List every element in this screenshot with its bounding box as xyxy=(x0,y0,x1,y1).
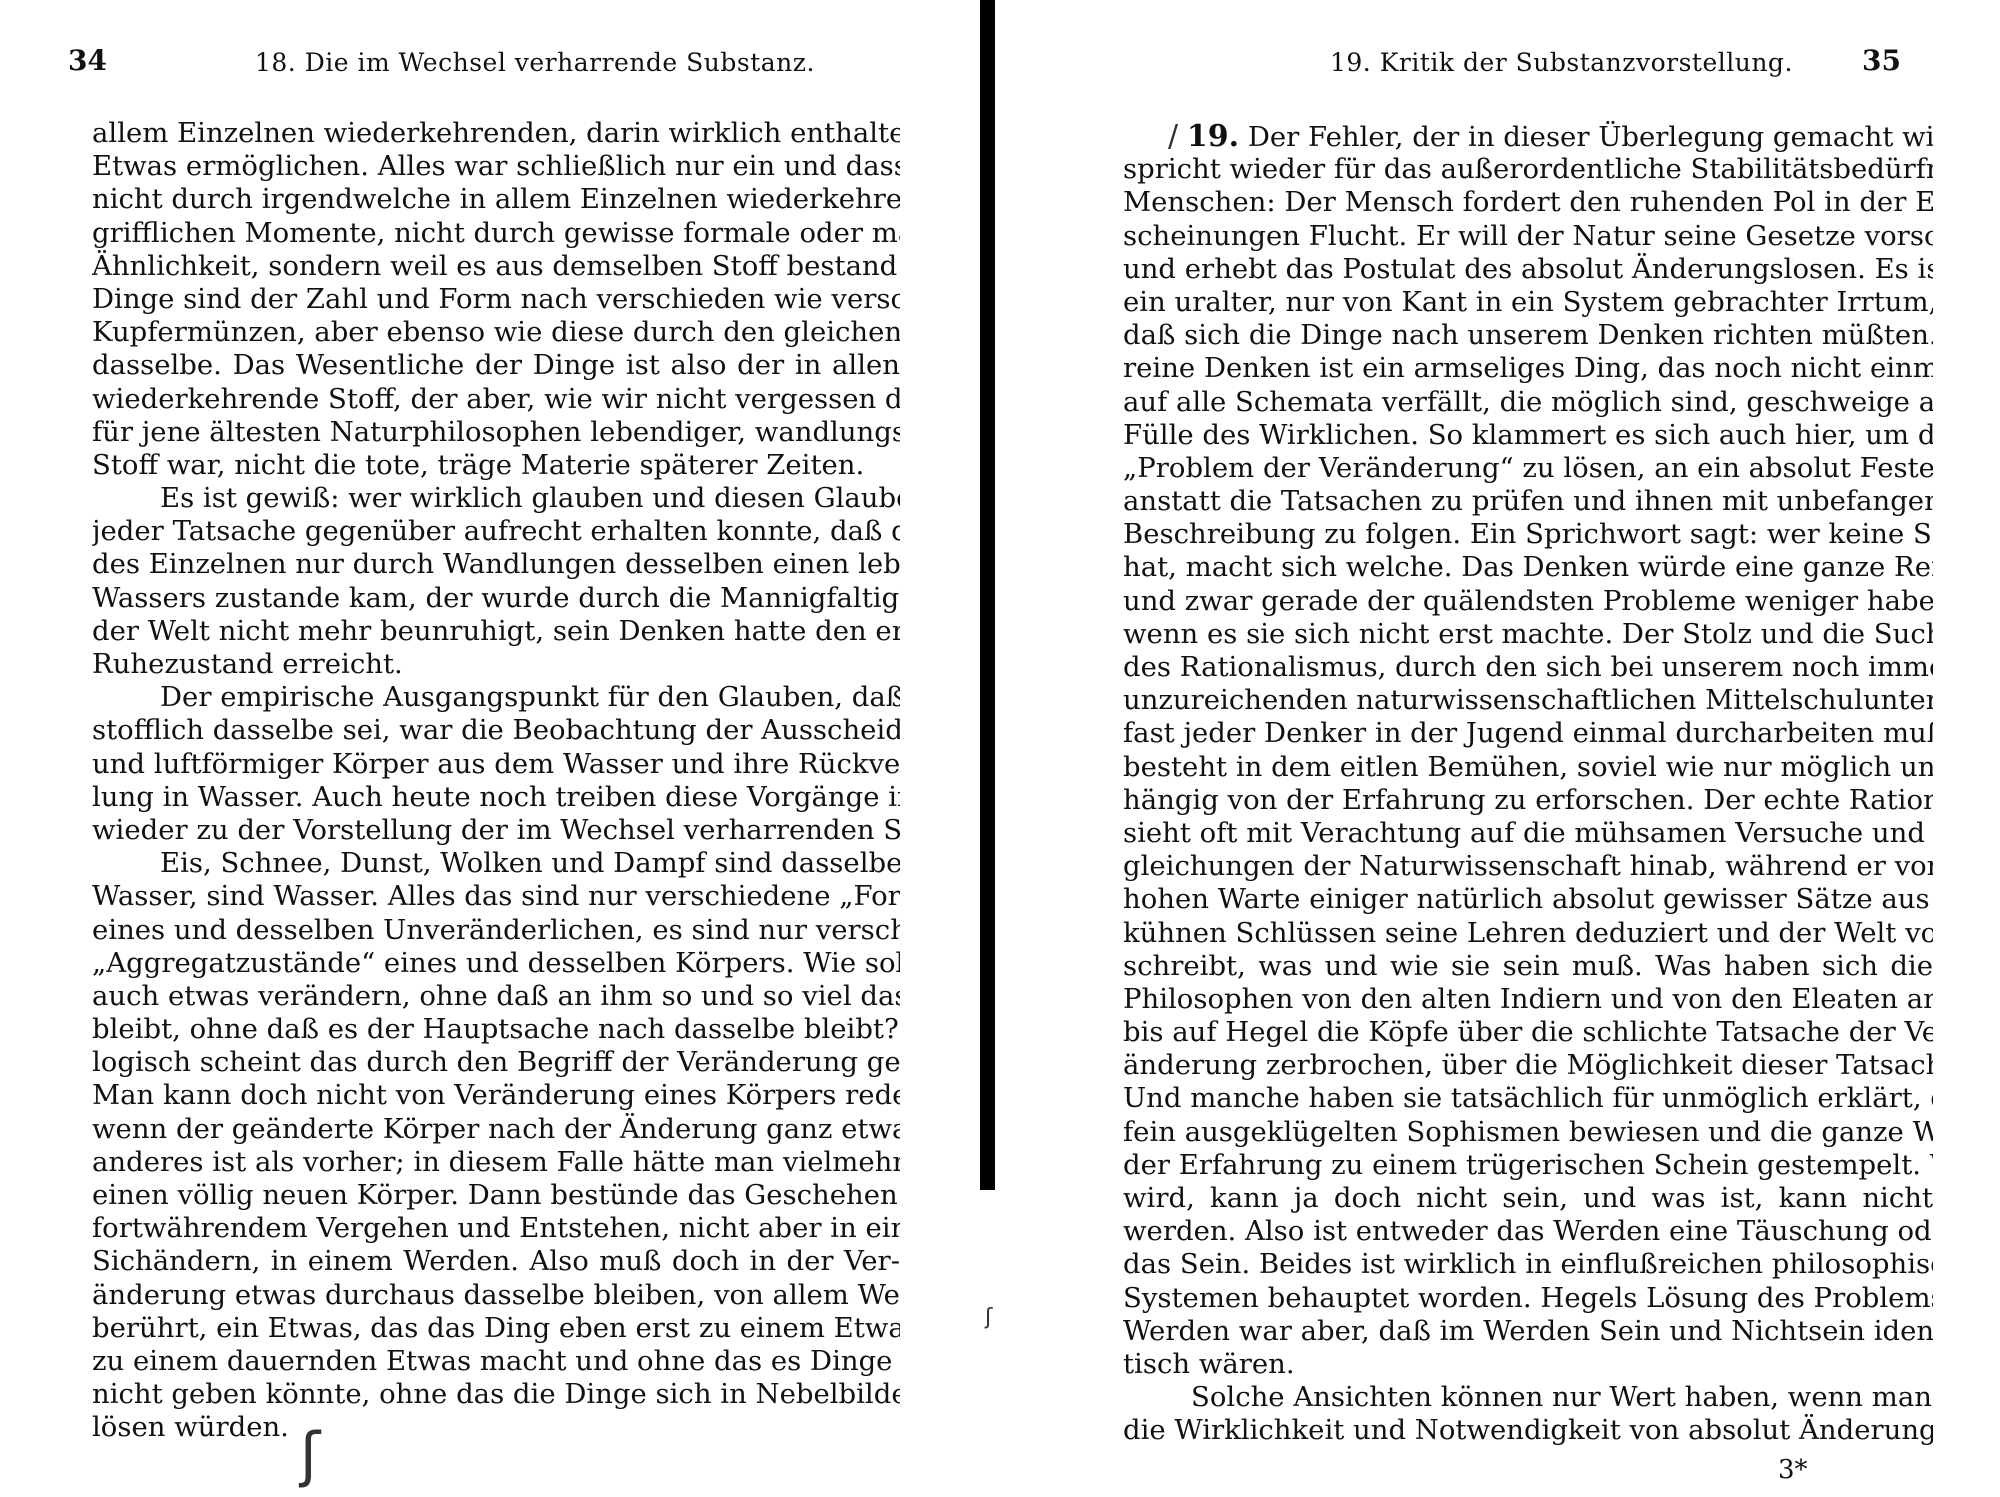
text-line: zu einem dauernden Etwas macht und ohne … xyxy=(92,1345,900,1378)
text-line: stofflich dasselbe sei, war die Beobacht… xyxy=(92,714,900,747)
running-head: 19. Kritik der Substanzvorstellung. xyxy=(1330,48,1793,77)
text-line: Wassers zustande kam, der wurde durch di… xyxy=(92,582,900,615)
text-line: Sichändern, in einem Werden. Also muß do… xyxy=(92,1245,900,1278)
text-line: lung in Wasser. Auch heute noch treiben … xyxy=(92,781,900,814)
page-number: 34 xyxy=(68,44,107,77)
text-line: werden. Also ist entweder das Werden ein… xyxy=(1123,1215,1933,1248)
text-line: allem Einzelnen wiederkehrenden, darin w… xyxy=(92,117,900,150)
text-line: auch etwas verändern, ohne daß an ihm so… xyxy=(92,980,900,1013)
right-page: 19. Kritik der Substanzvorstellung. 35 /… xyxy=(1000,0,2000,1497)
text-line: daß sich die Dinge nach unserem Denken r… xyxy=(1123,319,1933,352)
text-line: gleichungen der Naturwissenschaft hinab,… xyxy=(1123,850,1933,883)
text-line: bleibt, ohne daß es der Hauptsache nach … xyxy=(92,1013,900,1046)
text-line: wieder zu der Vorstellung der im Wechsel… xyxy=(92,814,900,847)
text-line: nicht geben könnte, ohne das die Dinge s… xyxy=(92,1378,900,1411)
text-line: wiederkehrende Stoff, der aber, wie wir … xyxy=(92,383,900,416)
text-line: Systemen behauptet worden. Hegels Lösung… xyxy=(1123,1282,1933,1315)
text-line: Und manche haben sie tatsächlich für unm… xyxy=(1123,1082,1933,1115)
text-line: eines und desselben Unveränderlichen, es… xyxy=(92,914,900,947)
running-head: 18. Die im Wechsel verharrende Substanz. xyxy=(255,48,815,77)
text-line: des Rationalismus, durch den sich bei un… xyxy=(1123,651,1933,684)
text-line: einen völlig neuen Körper. Dann bestünde… xyxy=(92,1179,900,1212)
text-line: auf alle Schemata verfällt, die möglich … xyxy=(1123,386,1933,419)
text-line: Wasser, sind Wasser. Alles das sind nur … xyxy=(92,880,900,913)
text-line: kühnen Schlüssen seine Lehren deduziert … xyxy=(1123,917,1933,950)
text-line: grifflichen Momente, nicht durch gewisse… xyxy=(92,217,900,250)
text-line: „Problem der Veränderung“ zu lösen, an e… xyxy=(1123,452,1933,485)
text-line: Werden war aber, daß im Werden Sein und … xyxy=(1123,1315,1933,1348)
text-line: und erhebt das Postulat des absolut Ände… xyxy=(1123,253,1933,286)
text-line: wenn es sie sich nicht erst machte. Der … xyxy=(1123,618,1933,651)
text-line: fast jeder Denker in der Jugend einmal d… xyxy=(1123,717,1933,750)
text-line: reine Denken ist ein armseliges Ding, da… xyxy=(1123,352,1933,385)
text-line: bis auf Hegel die Köpfe über die schlich… xyxy=(1123,1016,1933,1049)
text-line: Beschreibung zu folgen. Ein Sprichwort s… xyxy=(1123,518,1933,551)
signature-mark: 3* xyxy=(1778,1455,1808,1485)
text-line: fein ausgeklügelten Sophismen bewiesen u… xyxy=(1123,1116,1933,1149)
text-line: die Wirklichkeit und Notwendigkeit von a… xyxy=(1123,1414,1933,1447)
pencil-mark: ʃ xyxy=(985,1305,992,1330)
text-line: dasselbe. Das Wesentliche der Dinge ist … xyxy=(92,349,900,382)
text-line: und luftförmiger Körper aus dem Wasser u… xyxy=(92,748,900,781)
text-line: Kupfermünzen, aber ebenso wie diese durc… xyxy=(92,316,900,349)
text-line: Dinge sind der Zahl und Form nach versch… xyxy=(92,283,900,316)
text-line: hat, macht sich welche. Das Denken würde… xyxy=(1123,551,1933,584)
text-line: Der empirische Ausgangspunkt für den Gla… xyxy=(92,681,900,714)
text-line: und zwar gerade der quälendsten Probleme… xyxy=(1123,585,1933,618)
body-text: / 19. Der Fehler, der in dieser Überlegu… xyxy=(1123,120,1933,1448)
text-line: Fülle des Wirklichen. So klammert es sic… xyxy=(1123,419,1933,452)
text-line: der Erfahrung zu einem trügerischen Sche… xyxy=(1123,1149,1933,1182)
text-line: anderes ist als vorher; in diesem Falle … xyxy=(92,1146,900,1179)
text-line: spricht wieder für das außerordentliche … xyxy=(1123,153,1933,186)
text-line: unzureichenden naturwissenschaftlichen M… xyxy=(1123,684,1933,717)
text-line: des Einzelnen nur durch Wandlungen desse… xyxy=(92,548,900,581)
left-page: 34 18. Die im Wechsel verharrende Substa… xyxy=(0,0,975,1497)
page-number: 35 xyxy=(1862,44,1901,77)
text-line: ein uralter, nur von Kant in ein System … xyxy=(1123,286,1933,319)
text-line: anstatt die Tatsachen zu prüfen und ihne… xyxy=(1123,485,1933,518)
body-text: allem Einzelnen wiederkehrenden, darin w… xyxy=(92,117,900,1445)
text-line: Solche Ansichten können nur Wert haben, … xyxy=(1123,1381,1933,1414)
text-line: scheinungen Flucht. Er will der Natur se… xyxy=(1123,220,1933,253)
text-line: für jene ältesten Naturphilosophen leben… xyxy=(92,416,900,449)
text-line: Eis, Schnee, Dunst, Wolken und Dampf sin… xyxy=(92,847,900,880)
text-line: lösen würden. xyxy=(92,1411,900,1444)
section-number: 19. xyxy=(1187,120,1239,153)
text-line: tisch wären. xyxy=(1123,1348,1933,1381)
text-line: fortwährendem Vergehen und Entstehen, ni… xyxy=(92,1212,900,1245)
text-line: Etwas ermöglichen. Alles war schließlich… xyxy=(92,150,900,183)
section-first-line: Der Fehler, der in dieser Überlegung gem… xyxy=(1248,121,1933,153)
text-line: hängig von der Erfahrung zu erforschen. … xyxy=(1123,784,1933,817)
text-line: wenn der geänderte Körper nach der Änder… xyxy=(92,1113,900,1146)
text-line: Ähnlichkeit, sondern weil es aus demselb… xyxy=(92,250,900,283)
text-line: wird, kann ja doch nicht sein, und was i… xyxy=(1123,1182,1933,1215)
text-line: nicht durch irgendwelche in allem Einzel… xyxy=(92,183,900,216)
text-line: änderung zerbrochen, über die Möglichkei… xyxy=(1123,1049,1933,1082)
text-line: besteht in dem eitlen Bemühen, soviel wi… xyxy=(1123,751,1933,784)
text-line: sieht oft mit Verachtung auf die mühsame… xyxy=(1123,817,1933,850)
text-line: Menschen: Der Mensch fordert den ruhende… xyxy=(1123,186,1933,219)
text-line: Philosophen von den alten Indiern und vo… xyxy=(1123,983,1933,1016)
book-gutter xyxy=(980,0,995,1190)
text-line: Es ist gewiß: wer wirklich glauben und d… xyxy=(92,482,900,515)
text-line: schreibt, was und wie sie sein muß. Was … xyxy=(1123,950,1933,983)
text-line: jeder Tatsache gegenüber aufrecht erhalt… xyxy=(92,515,900,548)
text-line: berührt, ein Etwas, das das Ding eben er… xyxy=(92,1312,900,1345)
pencil-slash-mark: / xyxy=(1168,120,1178,153)
text-line: das Sein. Beides ist wirklich in einfluß… xyxy=(1123,1248,1933,1281)
text-line: hohen Warte einiger natürlich absolut ge… xyxy=(1123,883,1933,916)
text-line: änderung etwas durchaus dasselbe bleiben… xyxy=(92,1279,900,1312)
text-line: Ruhezustand erreicht. xyxy=(92,648,900,681)
text-line: der Welt nicht mehr beunruhigt, sein Den… xyxy=(92,615,900,648)
pencil-mark: ʃ xyxy=(300,1420,320,1490)
text-line: Man kann doch nicht von Veränderung eine… xyxy=(92,1079,900,1112)
text-line: / 19. Der Fehler, der in dieser Überlegu… xyxy=(1123,120,1933,153)
text-line: logisch scheint das durch den Begriff de… xyxy=(92,1046,900,1079)
text-line: Stoff war, nicht die tote, träge Materie… xyxy=(92,449,900,482)
text-line: „Aggregatzustände“ eines und desselben K… xyxy=(92,947,900,980)
